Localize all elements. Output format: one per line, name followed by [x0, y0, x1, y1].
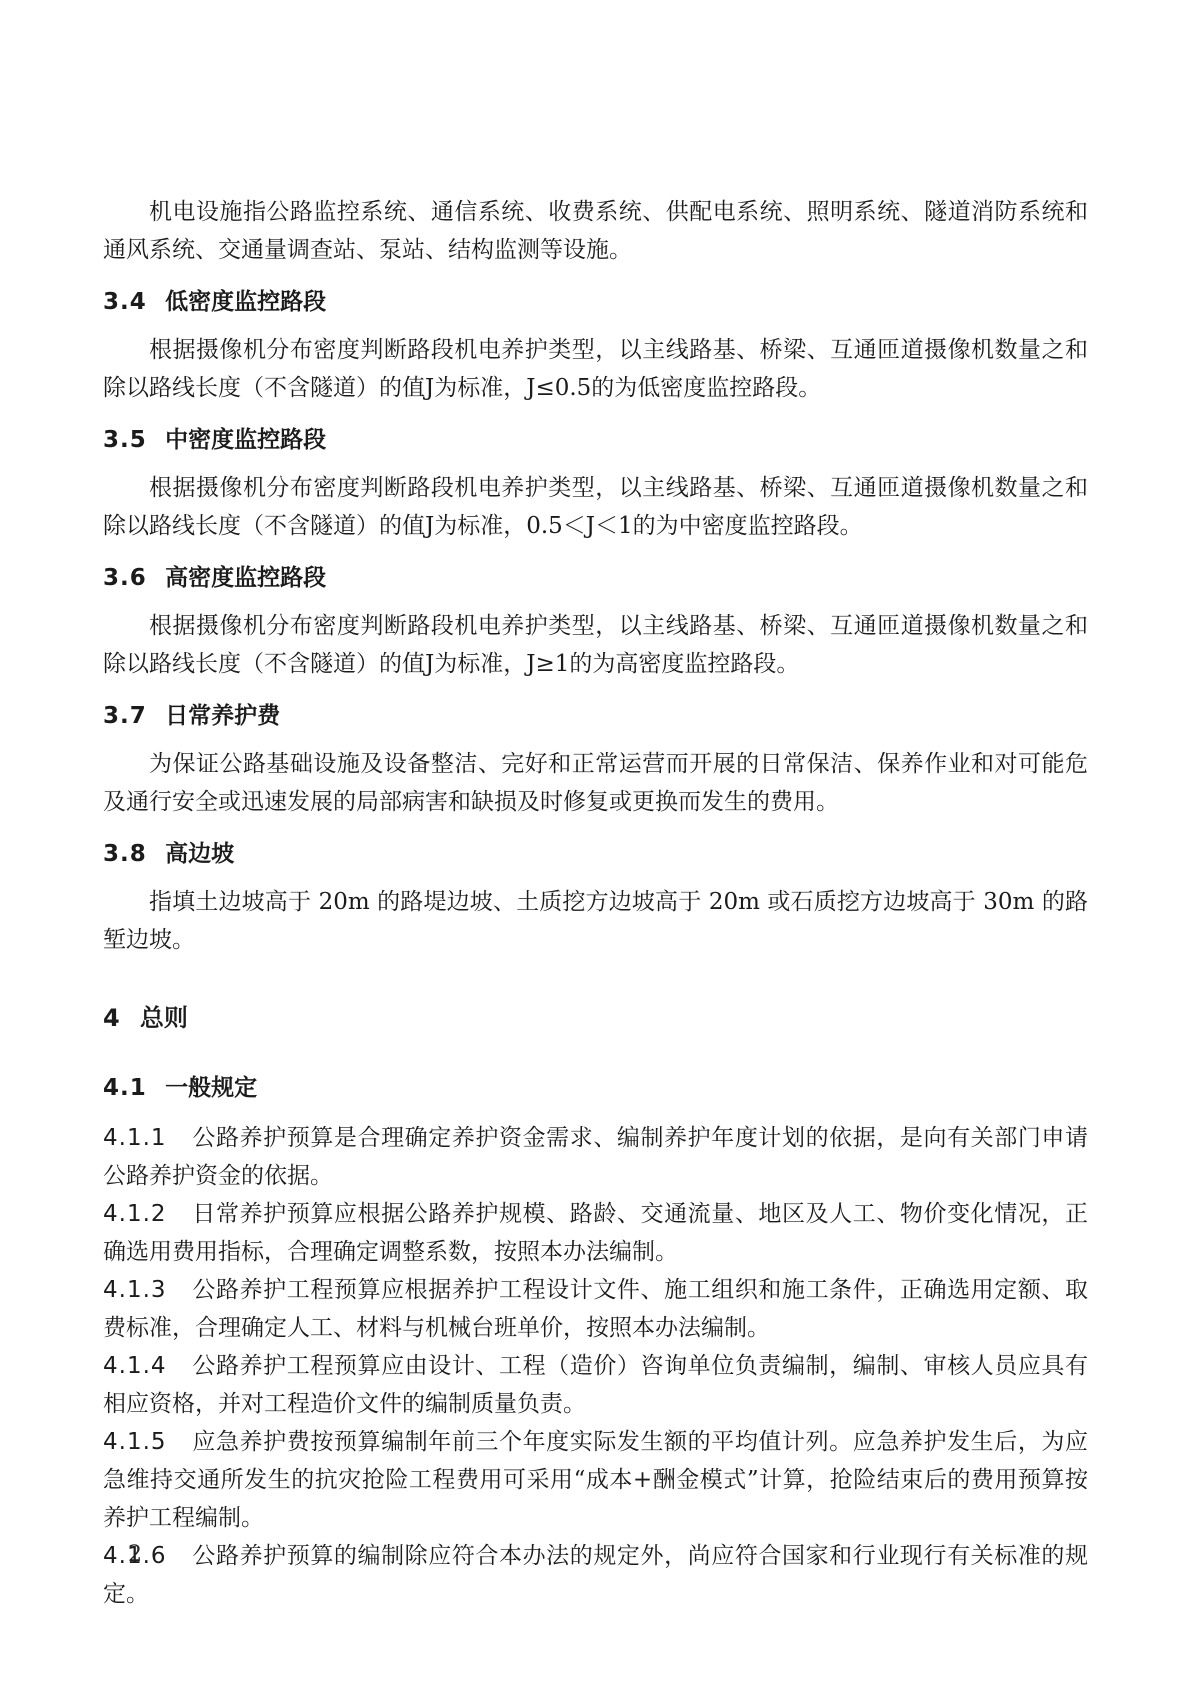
chapter-number: 4 — [103, 1004, 121, 1032]
term-section-3-5: 3.5中密度监控路段 根据摄像机分布密度判断路段机电养护类型，以主线路基、桥梁、… — [103, 421, 1088, 545]
clause-list: 4.1.1公路养护预算是合理确定养护资金需求、编制养护年度计划的依据，是向有关部… — [103, 1119, 1088, 1613]
section-heading-4-1: 4.1一般规定 — [103, 1069, 1088, 1107]
term-body: 根据摄像机分布密度判断路段机电养护类型，以主线路基、桥梁、互通匝道摄像机数量之和… — [103, 469, 1088, 545]
term-body: 根据摄像机分布密度判断路段机电养护类型，以主线路基、桥梁、互通匝道摄像机数量之和… — [103, 331, 1088, 407]
clause-number: 4.1.2 — [103, 1201, 167, 1227]
term-body: 根据摄像机分布密度判断路段机电养护类型，以主线路基、桥梁、互通匝道摄像机数量之和… — [103, 607, 1088, 683]
page-number: 2 — [128, 1542, 142, 1567]
term-section-3-8: 3.8高边坡 指填土边坡高于 20m 的路堤边坡、土质挖方边坡高于 20m 或石… — [103, 835, 1088, 959]
term-title: 中密度监控路段 — [165, 427, 326, 453]
term-body: 为保证公路基础设施及设备整洁、完好和正常运营而开展的日常保洁、保养作业和对可能危… — [103, 745, 1088, 821]
clause-4-1-3: 4.1.3公路养护工程预算应根据养护工程设计文件、施工组织和施工条件，正确选用定… — [103, 1271, 1088, 1347]
clause-4-1-4: 4.1.4公路养护工程预算应由设计、工程（造价）咨询单位负责编制，编制、审核人员… — [103, 1347, 1088, 1423]
term-title: 高边坡 — [165, 841, 234, 867]
clause-text: 公路养护预算是合理确定养护资金需求、编制养护年度计划的依据，是向有关部门申请公路… — [103, 1125, 1088, 1189]
term-title: 低密度监控路段 — [165, 289, 326, 315]
section-number: 4.1 — [103, 1075, 147, 1101]
term-heading-3-5: 3.5中密度监控路段 — [103, 421, 1088, 459]
clause-number: 4.1.1 — [103, 1125, 167, 1151]
clause-4-1-6: 4.1.6公路养护预算的编制除应符合本办法的规定外，尚应符合国家和行业现行有关标… — [103, 1537, 1088, 1613]
document-content: 机电设施指公路监控系统、通信系统、收费系统、供配电系统、照明系统、隧道消防系统和… — [103, 193, 1088, 1613]
clause-4-1-2: 4.1.2日常养护预算应根据公路养护规模、路龄、交通流量、地区及人工、物价变化情… — [103, 1195, 1088, 1271]
section-title: 一般规定 — [165, 1075, 257, 1101]
term-number: 3.4 — [103, 289, 147, 315]
term-section-3-4: 3.4低密度监控路段 根据摄像机分布密度判断路段机电养护类型，以主线路基、桥梁、… — [103, 283, 1088, 407]
term-number: 3.8 — [103, 841, 147, 867]
term-number: 3.5 — [103, 427, 147, 453]
term-section-3-6: 3.6高密度监控路段 根据摄像机分布密度判断路段机电养护类型，以主线路基、桥梁、… — [103, 559, 1088, 683]
term-title: 日常养护费 — [165, 703, 280, 729]
term-body: 指填土边坡高于 20m 的路堤边坡、土质挖方边坡高于 20m 或石质挖方边坡高于… — [103, 883, 1088, 959]
document-page: 机电设施指公路监控系统、通信系统、收费系统、供配电系统、照明系统、隧道消防系统和… — [0, 0, 1190, 1683]
clause-number: 4.1.3 — [103, 1277, 167, 1303]
clause-number: 4.1.4 — [103, 1353, 167, 1379]
clause-number: 4.1.5 — [103, 1429, 167, 1455]
clause-4-1-5: 4.1.5应急养护费按预算编制年前三个年度实际发生额的平均值计列。应急养护发生后… — [103, 1423, 1088, 1537]
chapter-heading-4: 4总则 — [103, 999, 1088, 1037]
term-heading-3-4: 3.4低密度监控路段 — [103, 283, 1088, 321]
term-heading-3-8: 3.8高边坡 — [103, 835, 1088, 873]
term-title: 高密度监控路段 — [165, 565, 326, 591]
clause-text: 日常养护预算应根据公路养护规模、路龄、交通流量、地区及人工、物价变化情况，正确选… — [103, 1201, 1088, 1265]
term-number: 3.6 — [103, 565, 147, 591]
term-section-3-7: 3.7日常养护费 为保证公路基础设施及设备整洁、完好和正常运营而开展的日常保洁、… — [103, 697, 1088, 821]
clause-text: 公路养护预算的编制除应符合本办法的规定外，尚应符合国家和行业现行有关标准的规定。 — [103, 1543, 1088, 1607]
term-heading-3-6: 3.6高密度监控路段 — [103, 559, 1088, 597]
intro-paragraph: 机电设施指公路监控系统、通信系统、收费系统、供配电系统、照明系统、隧道消防系统和… — [103, 193, 1088, 269]
term-heading-3-7: 3.7日常养护费 — [103, 697, 1088, 735]
term-number: 3.7 — [103, 703, 147, 729]
clause-4-1-1: 4.1.1公路养护预算是合理确定养护资金需求、编制养护年度计划的依据，是向有关部… — [103, 1119, 1088, 1195]
clause-text: 公路养护工程预算应由设计、工程（造价）咨询单位负责编制，编制、审核人员应具有相应… — [103, 1353, 1088, 1417]
clause-text: 应急养护费按预算编制年前三个年度实际发生额的平均值计列。应急养护发生后，为应急维… — [103, 1429, 1088, 1531]
clause-text: 公路养护工程预算应根据养护工程设计文件、施工组织和施工条件，正确选用定额、取费标… — [103, 1277, 1088, 1341]
chapter-title: 总则 — [140, 1004, 188, 1032]
